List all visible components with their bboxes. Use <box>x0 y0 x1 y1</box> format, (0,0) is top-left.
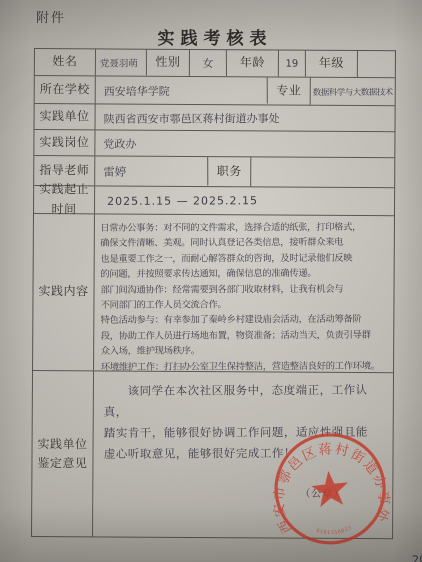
assessment-form-table: 姓名 党聂羽萌 性别 女 年龄 19 年级 所在学校 西安培华学院 专业 数据科… <box>31 48 396 539</box>
seal-serial-number: 6101150023 <box>315 524 354 537</box>
opinion-cell: 该同学在本次社区服务中，态度端正，工作认真， 踏实肯干，能够很好协调工作问题，适… <box>93 371 393 539</box>
seal-star-icon <box>310 469 350 508</box>
age-value: 19 <box>279 51 306 77</box>
name-label: 姓名 <box>35 49 96 75</box>
age-label: 年龄 <box>227 50 279 76</box>
svg-text:6101150023: 6101150023 <box>315 524 354 537</box>
major-label: 专业 <box>268 77 311 104</box>
school-value: 西安培华学院 <box>96 77 268 105</box>
duty-label: 职务 <box>208 157 251 186</box>
photo-of-practice-assessment-form: { "page": { "attachment_label": "附件", "t… <box>0 0 422 562</box>
gender-value: 女 <box>190 50 227 76</box>
table-row: 姓名 党聂羽萌 性别 女 年龄 19 年级 <box>35 49 395 78</box>
table-row: 实践岗位 党政办 <box>34 130 394 158</box>
practice-content-label: 实践内容 <box>33 214 95 370</box>
practice-unit-label: 实践单位 <box>35 104 96 129</box>
practice-unit-value: 陕西省西安市鄠邑区蒋村街道办事处 <box>96 105 395 131</box>
gender-label: 性别 <box>147 50 190 76</box>
opinion-label: 实践单位 鉴定意见 <box>32 371 94 537</box>
opinion-value: 该同学在本次社区服务中，态度端正，工作认真， 踏实肯干，能够很好协调工作问题，适… <box>94 372 393 465</box>
table-row: 所在学校 西安培华学院 专业 数据科学与大数据技术 <box>35 76 395 106</box>
table-row: 实践单位 鉴定意见 该同学在本次社区服务中，态度端正，工作认真， 踏实肯干，能够… <box>32 371 393 539</box>
major-value: 数据科学与大数据技术 <box>311 78 395 105</box>
seal-here-label: （公章） <box>300 485 344 500</box>
page-title: 实践考核表 <box>34 24 396 49</box>
practice-post-value: 党政办 <box>95 131 394 157</box>
teacher-value: 雷婷 <box>95 156 208 185</box>
name-value: 党聂羽萌 <box>96 49 147 75</box>
practice-post-label: 实践岗位 <box>34 130 95 155</box>
table-row: 实践内容 日常办公事务：对不同的文件需求，选择合适的纸张，打印格式， 确保文件清… <box>33 214 394 373</box>
period-value: 2025.1.15 — 2025.2.15 <box>95 187 394 215</box>
school-label: 所在学校 <box>35 76 96 103</box>
grade-value <box>358 51 395 77</box>
duty-value <box>251 157 394 187</box>
grade-label: 年级 <box>306 51 358 77</box>
table-row: 实践单位 陕西省西安市鄠邑区蒋村街道办事处 <box>34 104 394 132</box>
period-label: 实践起止 时间 <box>34 186 95 213</box>
table-row: 实践起止 时间 2025.1.15 — 2025.2.15 <box>34 186 394 216</box>
practice-content-value: 日常办公事务：对不同的文件需求，选择合适的纸张，打印格式， 确保文件清晰、美观。… <box>94 215 394 372</box>
